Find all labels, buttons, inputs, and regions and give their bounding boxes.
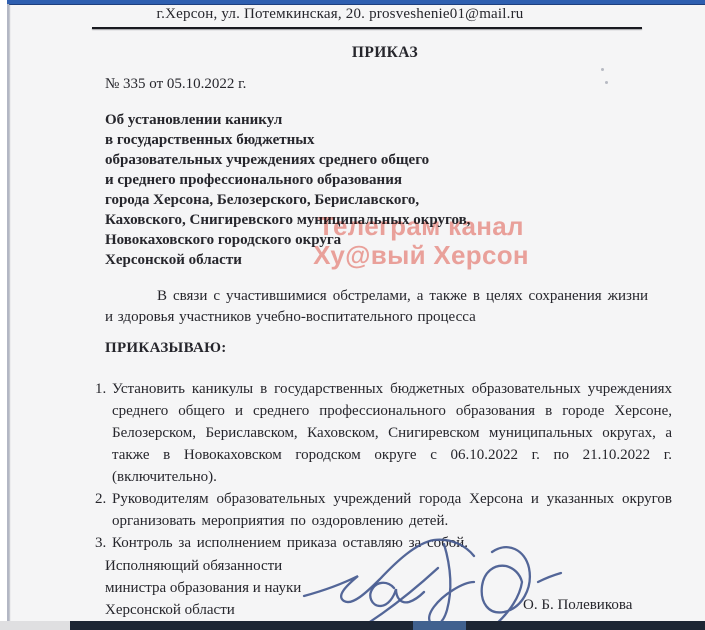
- intro-paragraph: В связи с участившимися обстрелами, а та…: [105, 286, 648, 328]
- letterhead-address: г.Херсон, ул. Потемкинская, 20. prosvesh…: [60, 6, 620, 23]
- document-title: ПРИКАЗ: [105, 44, 665, 62]
- order-item-2: Руководителям образовательных учреждений…: [112, 488, 672, 532]
- order-item-1: Установить каникулы в государственных бю…: [112, 378, 672, 488]
- scan-speck: [601, 68, 604, 71]
- bottom-strip-dark-segment: [70, 621, 413, 630]
- signatory-name: О. Б. Полевикова: [523, 597, 632, 614]
- decree-heading: ПРИКАЗЫВАЮ:: [105, 340, 227, 357]
- bottom-strip-gray-segment: [0, 621, 70, 630]
- bottom-taskbar-strip: [0, 621, 705, 630]
- left-margin-strip: [0, 0, 7, 630]
- order-items-list: Установить каникулы в государственных бю…: [88, 378, 672, 554]
- signatory-position: Исполняющий обязанности министра образов…: [105, 555, 301, 621]
- handwritten-signature: [296, 530, 568, 630]
- top-blue-bar: [0, 0, 705, 5]
- screenshot-root: г.Херсон, ул. Потемкинская, 20. prosvesh…: [0, 0, 705, 630]
- order-number: № 335 от 05.10.2022 г.: [105, 76, 246, 93]
- bottom-strip-highlight-segment: [413, 621, 466, 630]
- bottom-strip-dark-segment: [466, 621, 705, 630]
- letterhead-rule: [92, 27, 642, 29]
- telegram-watermark: Телеграм канал Ху@вый Херсон: [296, 212, 546, 270]
- scan-speck: [605, 81, 608, 84]
- page-edge-shadow: [7, 4, 9, 622]
